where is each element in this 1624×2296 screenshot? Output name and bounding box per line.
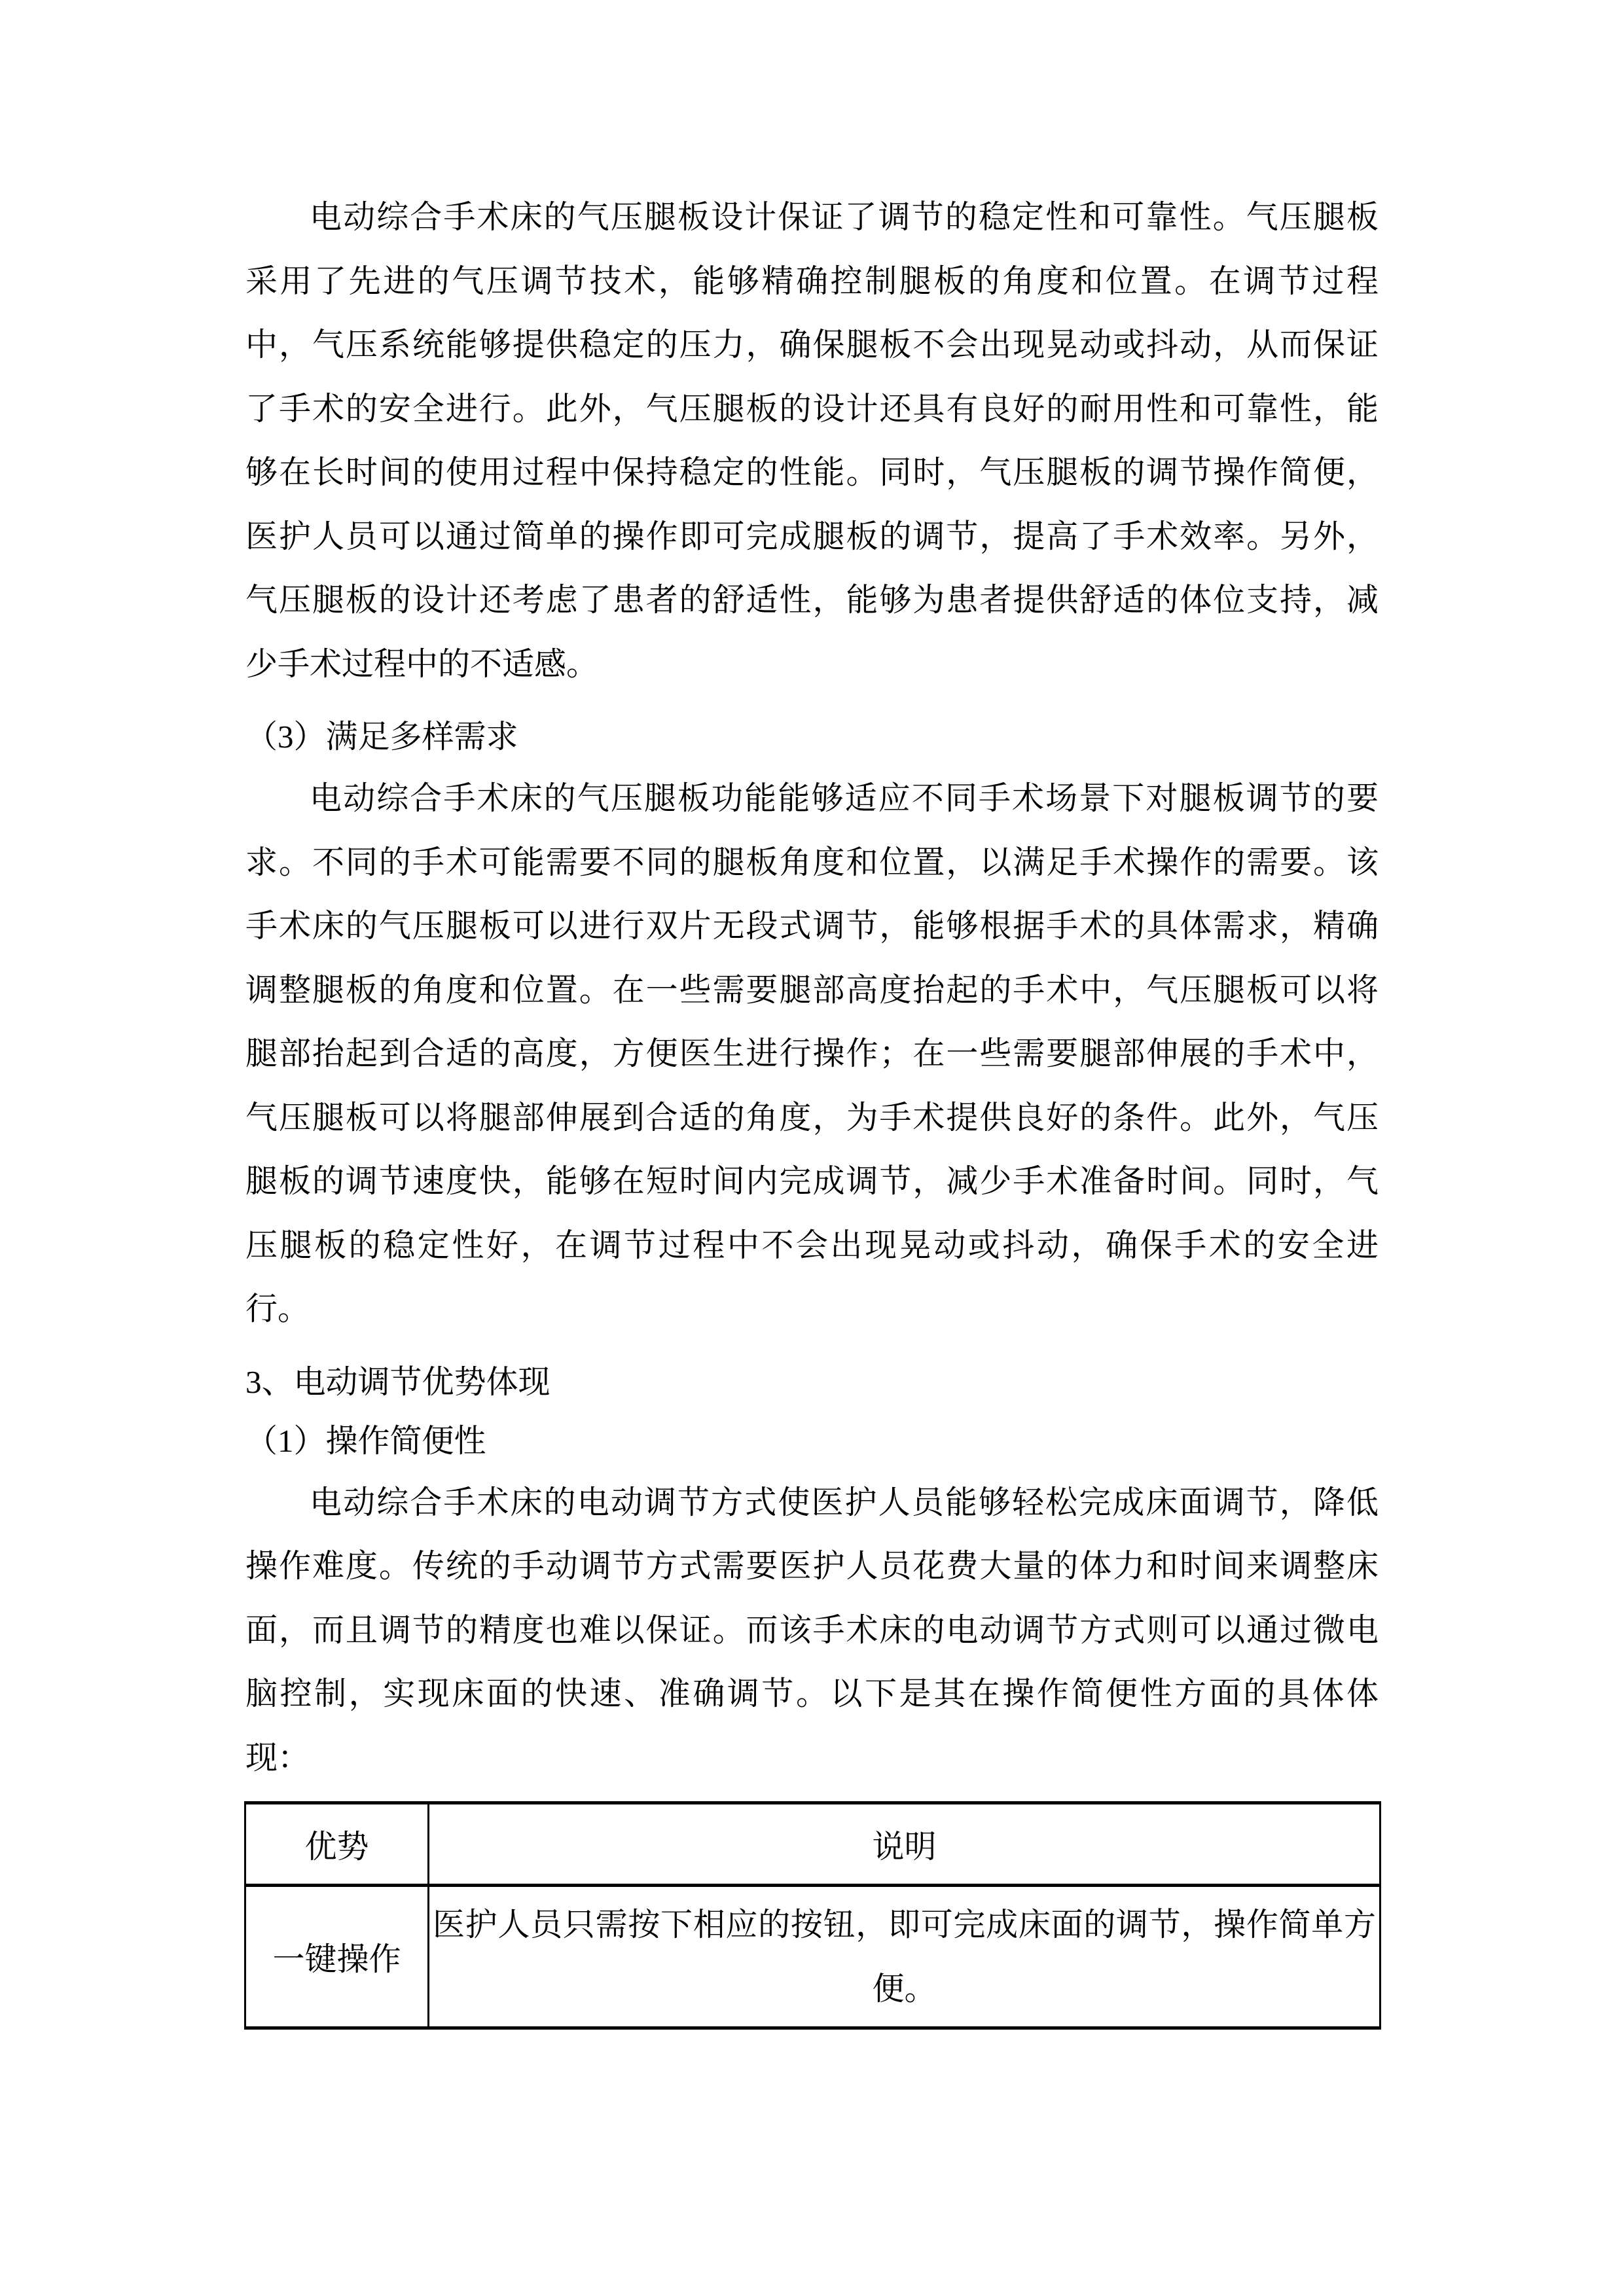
text-line: 面，而且调节的精度也难以保证。而该手术床的电动调节方式则可以通过微电 (245, 1598, 1379, 1662)
text-line: 操作难度。传统的手动调节方式需要医护人员花费大量的体力和时间来调整床 (245, 1534, 1379, 1598)
text-line: 电动综合手术床的电动调节方式使医护人员能够轻松完成床面调节，降低 (245, 1471, 1379, 1535)
text-line: 电动综合手术床的气压腿板设计保证了调节的稳定性和可靠性。气压腿板 (245, 185, 1379, 249)
text-line: 够在长时间的使用过程中保持稳定的性能。同时，气压腿板的调节操作简便， (245, 440, 1379, 505)
text-line: 脑控制，实现床面的快速、准确调节。以下是其在操作简便性方面的具体体 (245, 1662, 1379, 1726)
section-heading-operation-simplicity: （1）操作简便性 (245, 1412, 1379, 1471)
paragraph: 电动综合手术床的气压腿板设计保证了调节的稳定性和可靠性。气压腿板 采用了先进的气… (245, 185, 1379, 696)
text-line: 了手术的安全进行。此外，气压腿板的设计还具有良好的耐用性和可靠性，能 (245, 377, 1379, 441)
paragraph: 电动综合手术床的气压腿板功能能够适应不同手术场景下对腿板调节的要 求。不同的手术… (245, 766, 1379, 1341)
text-line: 手术床的气压腿板可以进行双片无段式调节，能够根据手术的具体需求，精确 (245, 894, 1379, 958)
table-row: 一键操作 医护人员只需按下相应的按钮，即可完成床面的调节，操作简单方便。 (245, 1886, 1380, 2028)
text-line: 调整腿板的角度和位置。在一些需要腿部高度抬起的手术中，气压腿板可以将 (245, 958, 1379, 1022)
advantages-table: 优势 说明 一键操作 医护人员只需按下相应的按钮，即可完成床面的调节，操作简单方… (244, 1801, 1381, 2030)
text-line: 现： (245, 1726, 1379, 1790)
text-line: 压腿板的稳定性好，在调节过程中不会出现晃动或抖动，确保手术的安全进 (245, 1213, 1379, 1278)
table-cell-advantage: 一键操作 (245, 1886, 429, 2028)
table-header-row: 优势 说明 (245, 1803, 1380, 1886)
table-cell-description: 医护人员只需按下相应的按钮，即可完成床面的调节，操作简单方便。 (429, 1886, 1380, 2028)
text-line: 中，气压系统能够提供稳定的压力，确保腿板不会出现晃动或抖动，从而保证 (245, 313, 1379, 377)
section-heading-electric-advantage: 3、电动调节优势体现 (245, 1353, 1379, 1412)
text-line: 行。 (245, 1277, 1379, 1341)
paragraph: 电动综合手术床的电动调节方式使医护人员能够轻松完成床面调节，降低 操作难度。传统… (245, 1471, 1379, 1790)
text-line: 少手术过程中的不适感。 (245, 632, 1379, 696)
text-line: 电动综合手术床的气压腿板功能能够适应不同手术场景下对腿板调节的要 (245, 766, 1379, 831)
document-page: 电动综合手术床的气压腿板设计保证了调节的稳定性和可靠性。气压腿板 采用了先进的气… (0, 0, 1624, 2296)
table-header-advantage: 优势 (245, 1803, 429, 1886)
table-header-description: 说明 (429, 1803, 1380, 1886)
text-line: 气压腿板可以将腿部伸展到合适的角度，为手术提供良好的条件。此外，气压 (245, 1086, 1379, 1150)
text-line: 腿板的调节速度快，能够在短时间内完成调节，减少手术准备时间。同时，气 (245, 1149, 1379, 1213)
text-line: 采用了先进的气压调节技术，能够精确控制腿板的角度和位置。在调节过程 (245, 249, 1379, 314)
section-heading-diverse-needs: （3）满足多样需求 (245, 708, 1379, 766)
text-line: 求。不同的手术可能需要不同的腿板角度和位置，以满足手术操作的需要。该 (245, 831, 1379, 895)
text-line: 气压腿板的设计还考虑了患者的舒适性，能够为患者提供舒适的体位支持，减 (245, 568, 1379, 632)
text-line: 腿部抬起到合适的高度，方便医生进行操作；在一些需要腿部伸展的手术中， (245, 1022, 1379, 1086)
text-line: 医护人员可以通过简单的操作即可完成腿板的调节，提高了手术效率。另外， (245, 505, 1379, 569)
